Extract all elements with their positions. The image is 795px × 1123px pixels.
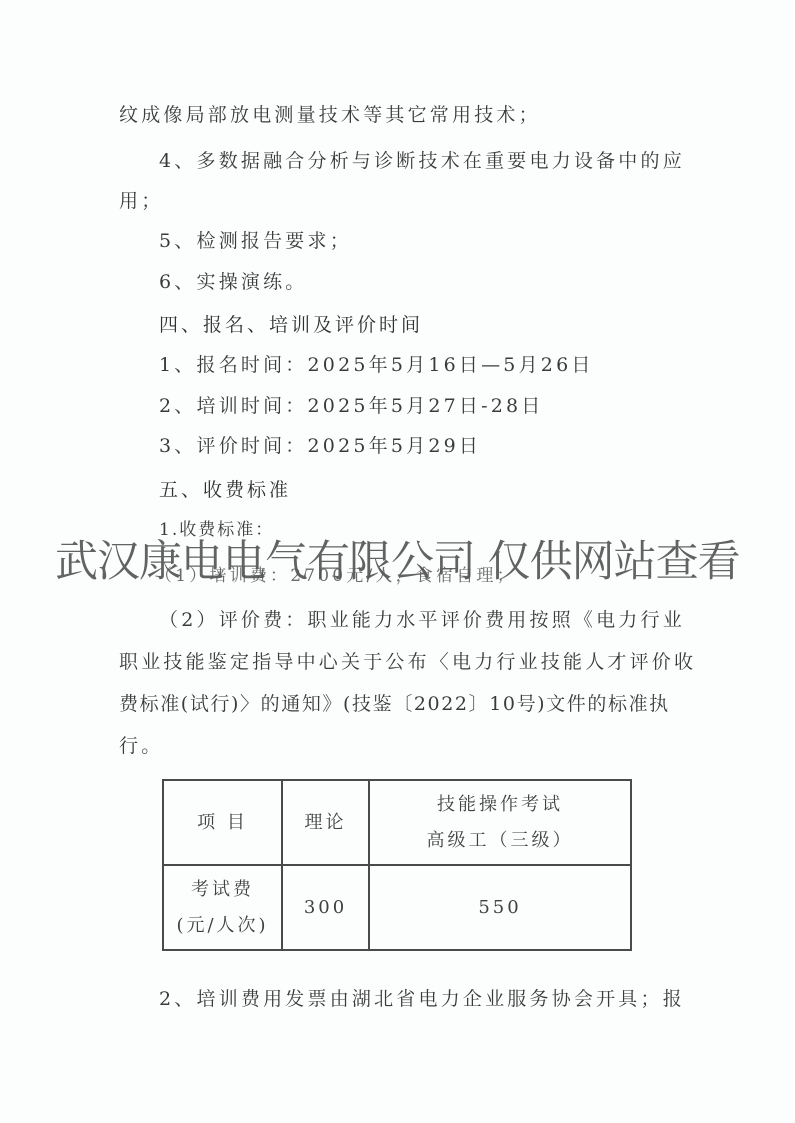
section-heading-4: 四、报名、培训及评价时间 xyxy=(159,313,423,337)
training-time: 2、培训时间：2025年5月27日-28日 xyxy=(159,394,544,418)
section-heading-5: 五、收费标准 xyxy=(159,478,291,502)
invoice-note: 2、培训费用发票由湖北省电力企业服务协会开具；报 xyxy=(159,987,685,1011)
fee-table: 项 目 理论 技能操作考试 高级工（三级） 考试费 (元/人次) 300 550 xyxy=(162,779,632,951)
header-skill: 技能操作考试 高级工（三级） xyxy=(369,780,631,865)
text-line: 行。 xyxy=(119,734,163,758)
registration-time: 1、报名时间：2025年5月16日—5月26日 xyxy=(159,353,594,377)
evaluation-time: 3、评价时间：2025年5月29日 xyxy=(159,434,481,458)
row-label-line1: 考试费 xyxy=(164,872,281,908)
header-skill-line1: 技能操作考试 xyxy=(370,787,630,823)
header-skill-line2: 高级工（三级） xyxy=(370,823,630,859)
list-item-4: 4、多数据融合分析与诊断技术在重要电力设备中的应 xyxy=(159,149,685,173)
row-label: 考试费 (元/人次) xyxy=(163,865,282,950)
header-theory: 理论 xyxy=(282,780,369,865)
table-row: 考试费 (元/人次) 300 550 xyxy=(163,865,631,950)
list-item-6: 6、实操演练。 xyxy=(159,270,308,294)
evaluation-fee: （2）评价费：职业能力水平评价费用按照《电力行业 xyxy=(159,608,685,632)
watermark: 武汉康电电气有限公司 仅供网站查看 xyxy=(55,537,740,587)
table-header-row: 项 目 理论 技能操作考试 高级工（三级） xyxy=(163,780,631,865)
skill-fee: 550 xyxy=(369,865,631,950)
text-line: 职业技能鉴定指导中心关于公布〈电力行业技能人才评价收 xyxy=(119,650,696,674)
header-item: 项 目 xyxy=(163,780,282,865)
row-label-line2: (元/人次) xyxy=(164,908,281,944)
theory-fee: 300 xyxy=(282,865,369,950)
text-line: 用； xyxy=(119,189,163,213)
text-line: 费标准(试行)〉的通知》(技鉴〔2022〕10号)文件的标准执 xyxy=(119,692,670,716)
list-item-5: 5、检测报告要求； xyxy=(159,229,352,253)
text-line: 纹成像局部放电测量技术等其它常用技术； xyxy=(119,103,541,127)
